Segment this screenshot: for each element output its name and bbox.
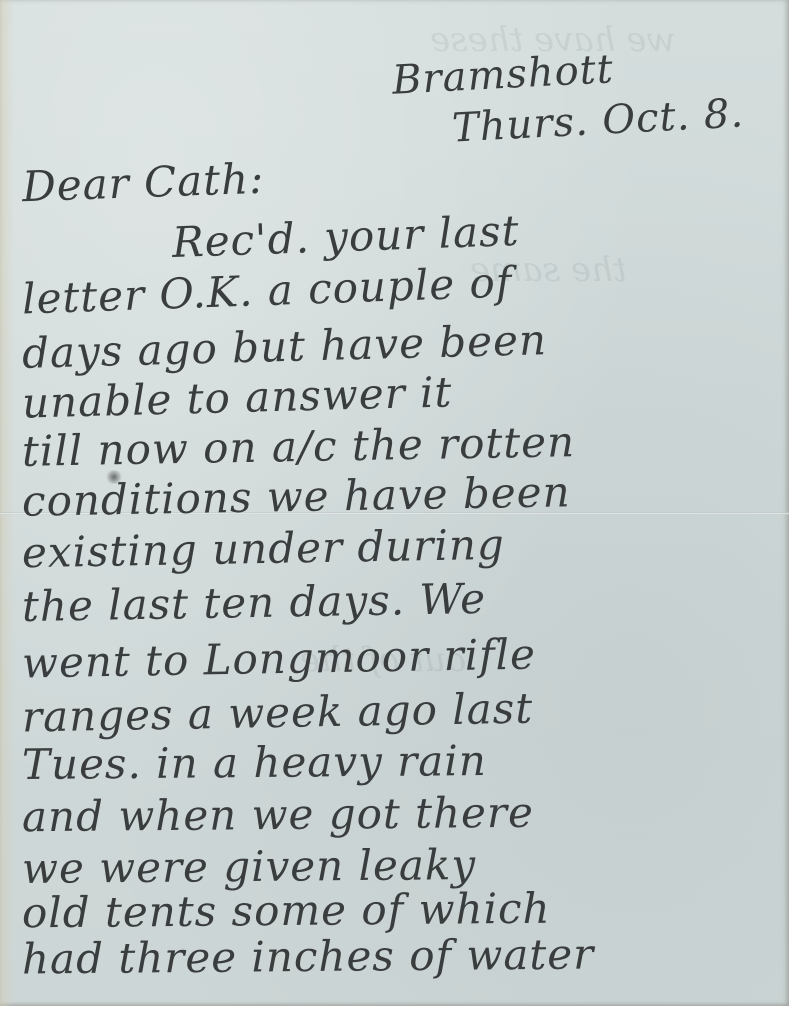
letter-body-line: Rec'd. your last xyxy=(171,206,520,267)
letter-body-line: conditions we have been xyxy=(22,467,571,526)
letter-body-line: existing under during xyxy=(22,520,506,577)
letter-salutation: Dear Cath: xyxy=(21,154,265,211)
letter-body-line: the last ten days. We xyxy=(22,574,487,631)
letter-body-line: old tents some of which xyxy=(22,884,551,938)
letter-page: we have these the same out of the Bramsh… xyxy=(0,0,789,1006)
letter-heading-date: Thurs. Oct. 8. xyxy=(451,90,745,151)
letter-body-line: days ago but have been xyxy=(21,315,547,378)
letter-body-line: went to Longmoor rifle xyxy=(22,630,537,688)
letter-heading-place: Bramshott xyxy=(391,46,615,104)
letter-body-line: had three inches of water xyxy=(22,930,595,984)
letter-body-line: ranges a week ago last xyxy=(22,684,534,742)
letter-body-line: unable to answer it xyxy=(21,367,453,427)
letter-body-line: till now on a/c the rotten xyxy=(22,417,576,476)
letter-body-line: Tues. in a heavy rain xyxy=(22,736,487,789)
letter-body-line: and when we got there xyxy=(22,788,534,841)
letter-body-line: letter O.K. a couple of xyxy=(21,257,513,323)
